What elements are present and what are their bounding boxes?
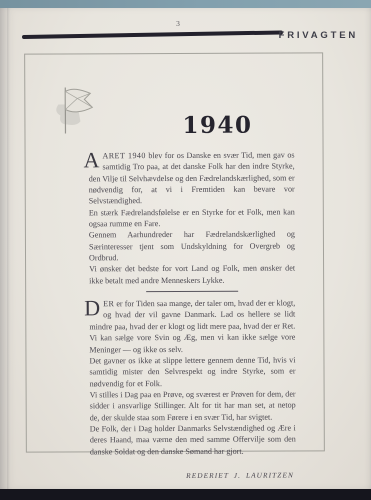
masthead-title: FRIVAGTEN bbox=[279, 30, 358, 41]
paragraph-block2-seg1: Det gavner os ikke at slippe lettere gen… bbox=[89, 354, 295, 389]
signature: REDERIET J. LAURITZEN bbox=[90, 469, 296, 481]
paragraph-block1-seg3: Vi ønsker det bedste for vort Land og Fo… bbox=[89, 263, 295, 287]
paragraph-block2-lead: D ER er for Tiden saa mange, der taler o… bbox=[89, 298, 295, 356]
photo-of-magazine-page: 3 FRIVAGTEN 1940 A ARET 1940 blev for os… bbox=[0, 0, 371, 500]
paragraph-block1-seg2: Gennem Aarhundreder har Fædrelandskærlig… bbox=[89, 229, 295, 264]
paragraph-block2-seg3: De Folk, der i Dag holder Danmarks Selvs… bbox=[90, 422, 296, 457]
page-number: 3 bbox=[168, 19, 188, 28]
article-title: 1940 bbox=[117, 111, 317, 139]
article-body: A ARET 1940 blev for os Danske en svær T… bbox=[89, 149, 296, 481]
paragraph-block1-seg1: En stærk Fædrelandsfølelse er en Styrke … bbox=[89, 206, 295, 230]
paragraph-text: er for Tiden saa mange, der taler om, hv… bbox=[89, 299, 295, 354]
masthead-rule bbox=[22, 30, 283, 38]
lead-word: ARET 1940 bbox=[102, 151, 145, 160]
article-border-box: 1940 A ARET 1940 blev for os Danske en s… bbox=[24, 52, 325, 452]
section-divider bbox=[146, 291, 238, 292]
paragraph-block1-lead: A ARET 1940 blev for os Danske en svær T… bbox=[89, 149, 295, 207]
dropcap-a: A bbox=[84, 150, 103, 168]
flag-icon bbox=[53, 84, 95, 136]
dropcap-d: D bbox=[84, 298, 103, 316]
magazine-page: 3 FRIVAGTEN 1940 A ARET 1940 blev for os… bbox=[0, 8, 371, 489]
lead-word: ER bbox=[103, 299, 114, 308]
paragraph-block2-seg2: Vi stilles i Dag paa en Prøve, og sværes… bbox=[90, 388, 296, 423]
